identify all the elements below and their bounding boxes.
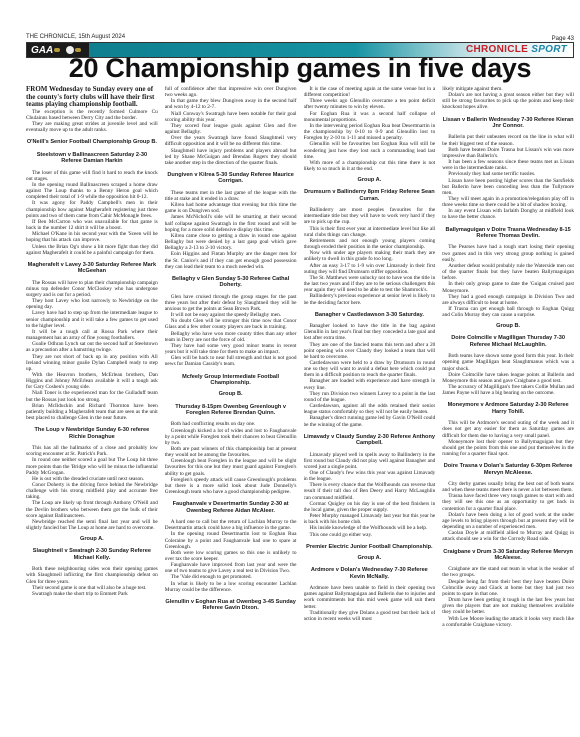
article-paragraph: Banagher are loaded with experience and …	[304, 378, 436, 390]
fixture-heading: Steelstown v Ballinascreen Saturday 2-30…	[26, 152, 158, 165]
article-paragraph: In that game they blew Dungiven away in …	[165, 98, 297, 110]
article-paragraph: Peter Murphy managed Limavady last year …	[304, 513, 436, 525]
gaa-wing-icon	[75, 48, 81, 52]
article-paragraph: full of confidence after that impressive…	[165, 86, 297, 98]
article-paragraph: Kilrea had home advantage that evening b…	[165, 202, 297, 214]
article-paragraph: They are not short of back up in any pos…	[26, 354, 158, 372]
fixture-heading: Limavady v Claudy Sunday 2-30 Referee An…	[304, 434, 436, 447]
article-paragraph: Retirements and not enough young players…	[304, 238, 436, 250]
group-heading: Group A.	[26, 536, 158, 542]
article-paragraph: They are making great strides at juvenil…	[26, 121, 158, 133]
article-paragraph: His inside knowledge of the Wolfhounds w…	[304, 525, 436, 531]
article-paragraph: Banagher looked to have the title in the…	[304, 323, 436, 341]
group-heading: Group A.	[304, 177, 436, 183]
fixture-heading: Doire Trasna v Dolan's Saturday 6-30pm R…	[442, 463, 574, 476]
article-paragraph: Now with under age players making their …	[304, 250, 436, 262]
article-paragraph: In any event Lissan with Iarlaith Donghy…	[442, 208, 574, 220]
masthead-line: THE CHRONICLE, 15th August 2024 Page 43	[26, 32, 574, 42]
fixture-heading: Craigbane v Drum 3-30 Saturday Referee M…	[442, 549, 574, 562]
article-paragraph: Despite being far from their best they h…	[442, 579, 574, 597]
article-paragraph: In what is likely to be a low scoring en…	[165, 581, 297, 593]
fixture-heading: Glenullin v Eoghan Rua at Owenbeg 3-45 S…	[165, 599, 297, 612]
article-paragraph: They are one of the fancied teams this t…	[304, 342, 436, 360]
article-paragraph: Glenullin will be favourites but Eoghan …	[304, 141, 436, 159]
article-paragraph: It will be a tough call at Rossa Park wh…	[26, 329, 158, 341]
article-paragraph: Niall Conway's Swatragh have been notabl…	[165, 111, 297, 123]
fixture-heading: Ballymaguigan v Doire Trasna Wednesday 8…	[442, 227, 574, 240]
article-paragraph: City derby games usually bring the best …	[442, 481, 574, 493]
article-paragraph: Eoin Higgins and Fintan Murphy are the d…	[165, 251, 297, 269]
fixture-heading: Slaughtneil v Swatragh 2-30 Sunday Refer…	[26, 548, 158, 561]
article-paragraph: They have had some very good minor teams…	[165, 343, 297, 355]
article-paragraph: If Trasna can get enough ball through to…	[442, 306, 574, 318]
column-3: It is the case of meeting again at the s…	[304, 86, 436, 729]
article-paragraph: They had a good enough campaign in Divis…	[442, 294, 574, 306]
fixture-heading: Ardmore v Dolan's Wednesday 7-30 Referee…	[304, 567, 436, 580]
fixture-heading: Premier Electric Junior Football Champio…	[304, 544, 436, 550]
article-lead: FROM Wednesday to Sunday every one of th…	[26, 86, 158, 109]
fixture-heading: Faughanvale v Desertmartin Sunday 2-30 a…	[165, 501, 297, 514]
article-paragraph: They will meet again in a promotion/rele…	[442, 196, 574, 208]
article-paragraph: They host Lavey who lost narrowly to New…	[26, 298, 158, 310]
article-paragraph: No doubt Glen will be stronger this time…	[165, 318, 297, 330]
article-paragraph: Castledawson, against all the odds retai…	[304, 403, 436, 415]
article-paragraph: Both were low scoring games so this one …	[165, 550, 297, 562]
article-paragraph: There is every chance that the Wolfhound…	[304, 482, 436, 500]
column-1: FROM Wednesday to Sunday every one of th…	[26, 86, 158, 729]
article-paragraph: In the opening round Desertmartin lost t…	[165, 531, 297, 549]
article-paragraph: Their second game is one that will also …	[26, 585, 158, 591]
article-paragraph: They scored four league goals against Gl…	[165, 123, 297, 135]
fixture-heading: Thursday 8-15pm Owenbeg Greenlough v For…	[165, 404, 297, 417]
article-paragraph: Greenlough kicked a lot of wides and los…	[165, 428, 297, 446]
article-headline: 20 Championship games in five days	[26, 53, 574, 83]
article-paragraph: The Pearses have had a tough start losin…	[442, 244, 574, 262]
article-paragraph: For Eoghan Rua it was a second half coll…	[304, 111, 436, 123]
article-paragraph: This has all the hallmarks of a close an…	[26, 445, 158, 457]
fixture-heading: The Loup v Newbridge Sunday 6-30 referee…	[26, 427, 158, 440]
article-paragraph: Cormac Quigley on his day is one of the …	[304, 501, 436, 513]
fixture-heading: Banagher v Castledawson 3-30 Saturday.	[304, 312, 436, 318]
column-2: full of confidence after that impressive…	[165, 86, 297, 729]
group-heading: Group A.	[304, 555, 436, 561]
article-paragraph: The St. Matthews were unlucky not to hav…	[304, 275, 436, 293]
article-paragraph: This is their first ever year at interme…	[304, 226, 436, 238]
article-paragraph: Both teams have shown some good form thi…	[442, 353, 574, 371]
article-paragraph: This one could go either way.	[304, 532, 436, 538]
article-paragraph: Limavady played well in spells away to B…	[304, 452, 436, 470]
article-paragraph: In the opening round Ballinascreen scrap…	[26, 182, 158, 200]
article-paragraph: These teams met in the last game of the …	[165, 190, 297, 202]
article-paragraph: Niall Toner is the experienced man for t…	[26, 390, 158, 402]
article-paragraph: Foreglen's speedy attack will cause Gree…	[165, 477, 297, 495]
fixture-heading: Lissan v Ballerin Wednesday 7-30 Referee…	[442, 117, 574, 130]
article-paragraph: Kilrea came close to getting a draw in r…	[165, 233, 297, 251]
article-paragraph: Conor Doherty is the driving force behin…	[26, 482, 158, 500]
article-paragraph: James McNicholl's side will be smarting …	[165, 214, 297, 232]
article-paragraph: One of Claudy's few wins this year was a…	[304, 470, 436, 482]
article-paragraph: Ballinderry's previous experience at sen…	[304, 293, 436, 305]
article-paragraph: Moneymore lost their opener to Ballymagu…	[442, 439, 574, 457]
article-paragraph: Faughanvale have improved from last year…	[165, 562, 297, 574]
article-paragraph: Doire Colmcille have taken league points…	[442, 372, 574, 384]
article-paragraph: Banagher's direct running game led by Ga…	[304, 415, 436, 427]
article-paragraph: Lissan have been posting higher scores t…	[442, 178, 574, 196]
article-paragraph: Traditionally they give Dolans a good te…	[304, 610, 436, 622]
article-paragraph: Brian McIlduckin and Richard Thornton ha…	[26, 403, 158, 421]
article-paragraph: The accuracy of Magilligan's free takers…	[442, 384, 574, 396]
article-paragraph: Bellaghy who have won more county titles…	[165, 331, 297, 343]
fixture-heading: Mcfeely Group Intermediate Football Cham…	[165, 374, 297, 387]
gaa-wing-icon	[54, 48, 60, 52]
article-paragraph: Craigbane are the stand out team in what…	[442, 566, 574, 578]
article-paragraph: Drum have been getting it tough in the l…	[442, 597, 574, 615]
article-paragraph: Castledawson were held to a draw by Drum…	[304, 360, 436, 378]
article-paragraph: In their only group game to date the 'Gu…	[442, 281, 574, 293]
article-paragraph: It is the case of meeting again at the s…	[304, 86, 436, 98]
article-paragraph: Dolan's have been doing a lot of good wo…	[442, 512, 574, 530]
article-paragraph: Caolan Doyle at midfield allied to Murra…	[442, 530, 574, 542]
group-heading: Group B.	[165, 391, 297, 397]
article-paragraph: With more of a championship cut this tim…	[304, 160, 436, 172]
article-paragraph: With the Heavron brothers, McErlean brot…	[26, 372, 158, 390]
article-body: FROM Wednesday to Sunday every one of th…	[26, 86, 574, 729]
fixture-heading: Moneymore v Ardmore Saturday 2-30 Refere…	[442, 402, 574, 415]
article-paragraph: Dolan's are not having a great season ei…	[442, 92, 574, 110]
article-paragraph: Both are past winners of this championsh…	[165, 446, 297, 458]
article-paragraph: Ardmore have been unable to field in the…	[304, 585, 436, 610]
article-paragraph: Greenlough beat Foreglen in the league a…	[165, 458, 297, 476]
article-paragraph: In round one neither scored a goal but T…	[26, 457, 158, 475]
article-paragraph: Michael O'Kane in his second year with t…	[26, 231, 158, 243]
article-paragraph: Newbridge reached the semi final last ye…	[26, 519, 158, 531]
article-paragraph: The loser of this game will find it hard…	[26, 170, 158, 182]
article-paragraph: A hard one to call but the return of Lac…	[165, 519, 297, 531]
article-paragraph: Unless the Brian Og's show a bit more fi…	[26, 244, 158, 256]
article-paragraph: It was agony for Paddy Campbell's men in…	[26, 200, 158, 218]
article-paragraph: They run Division two winners Lavey to a…	[304, 391, 436, 403]
fixture-heading: Bellaghy v Glen Sunday 5-30 Referee Cath…	[165, 276, 297, 289]
article-paragraph: The Loup are likely up front through Ant…	[26, 500, 158, 518]
article-paragraph: Ballinderry are most peoples favourites …	[304, 207, 436, 225]
article-paragraph: With Lee Moore leading the attack it loo…	[442, 616, 574, 628]
article-paragraph: This will be Ardmore's second outing of …	[442, 420, 574, 438]
article-paragraph: Trasna have faced three very tough games…	[442, 493, 574, 511]
article-paragraph: Both have beaten Doire Trasna but Lissan…	[442, 147, 574, 159]
article-paragraph: Both these neighbouring sides won their …	[26, 566, 158, 584]
article-paragraph: If Ben McCarron who was unavailable for …	[26, 219, 158, 231]
article-paragraph: Swatragh make the short trip to Emmett P…	[26, 591, 158, 597]
article-paragraph: Glen will be back to near full strength …	[165, 355, 297, 367]
column-4: likely mitigate against them.Dolan's are…	[442, 86, 574, 729]
article-paragraph: Goalie Odhran Lynch sat out the second h…	[26, 341, 158, 353]
article-paragraph: The exception is the recently formed Cul…	[26, 109, 158, 121]
article-paragraph: It has been a few seasons since these te…	[442, 159, 574, 171]
article-paragraph: In the intervening period Eoghan Rua bea…	[304, 123, 436, 141]
article-paragraph: Lavey have had to step up from the inter…	[26, 310, 158, 328]
article-paragraph: Three weeks ago Glenullin overcame a ten…	[304, 98, 436, 110]
group-heading: Group B.	[442, 323, 574, 329]
fixture-heading: O'Neill's Senior Football Championship G…	[26, 139, 158, 145]
article-paragraph: Slaughtneil have injury problems and pla…	[165, 148, 297, 166]
article-paragraph: Another defeat would probably rule the W…	[442, 263, 574, 281]
article-paragraph: The Rossas will have to plan their champ…	[26, 280, 158, 298]
fixture-heading: Doire Colmcille v Magilligan Thursday 7-…	[442, 335, 574, 348]
fixture-heading: Dungiven v Kilrea 5-30 Sunday Referee Ma…	[165, 172, 297, 185]
fixture-heading: Drumsurn v Ballinderry 8pm Friday Refere…	[304, 189, 436, 202]
issue-date: THE CHRONICLE, 15th August 2024	[26, 34, 125, 40]
article-paragraph: Ballerin put their unbeaten record on th…	[442, 134, 574, 146]
article-paragraph: Over the years Swatragh have found Slaug…	[165, 135, 297, 147]
article-paragraph: After an easy 3-17 to 1-9 win over Limav…	[304, 263, 436, 275]
fixture-heading: Magherafelt v Lavey 3-30 Saturday Refere…	[26, 262, 158, 275]
article-paragraph: Glen have cruised through the group stag…	[165, 294, 297, 312]
